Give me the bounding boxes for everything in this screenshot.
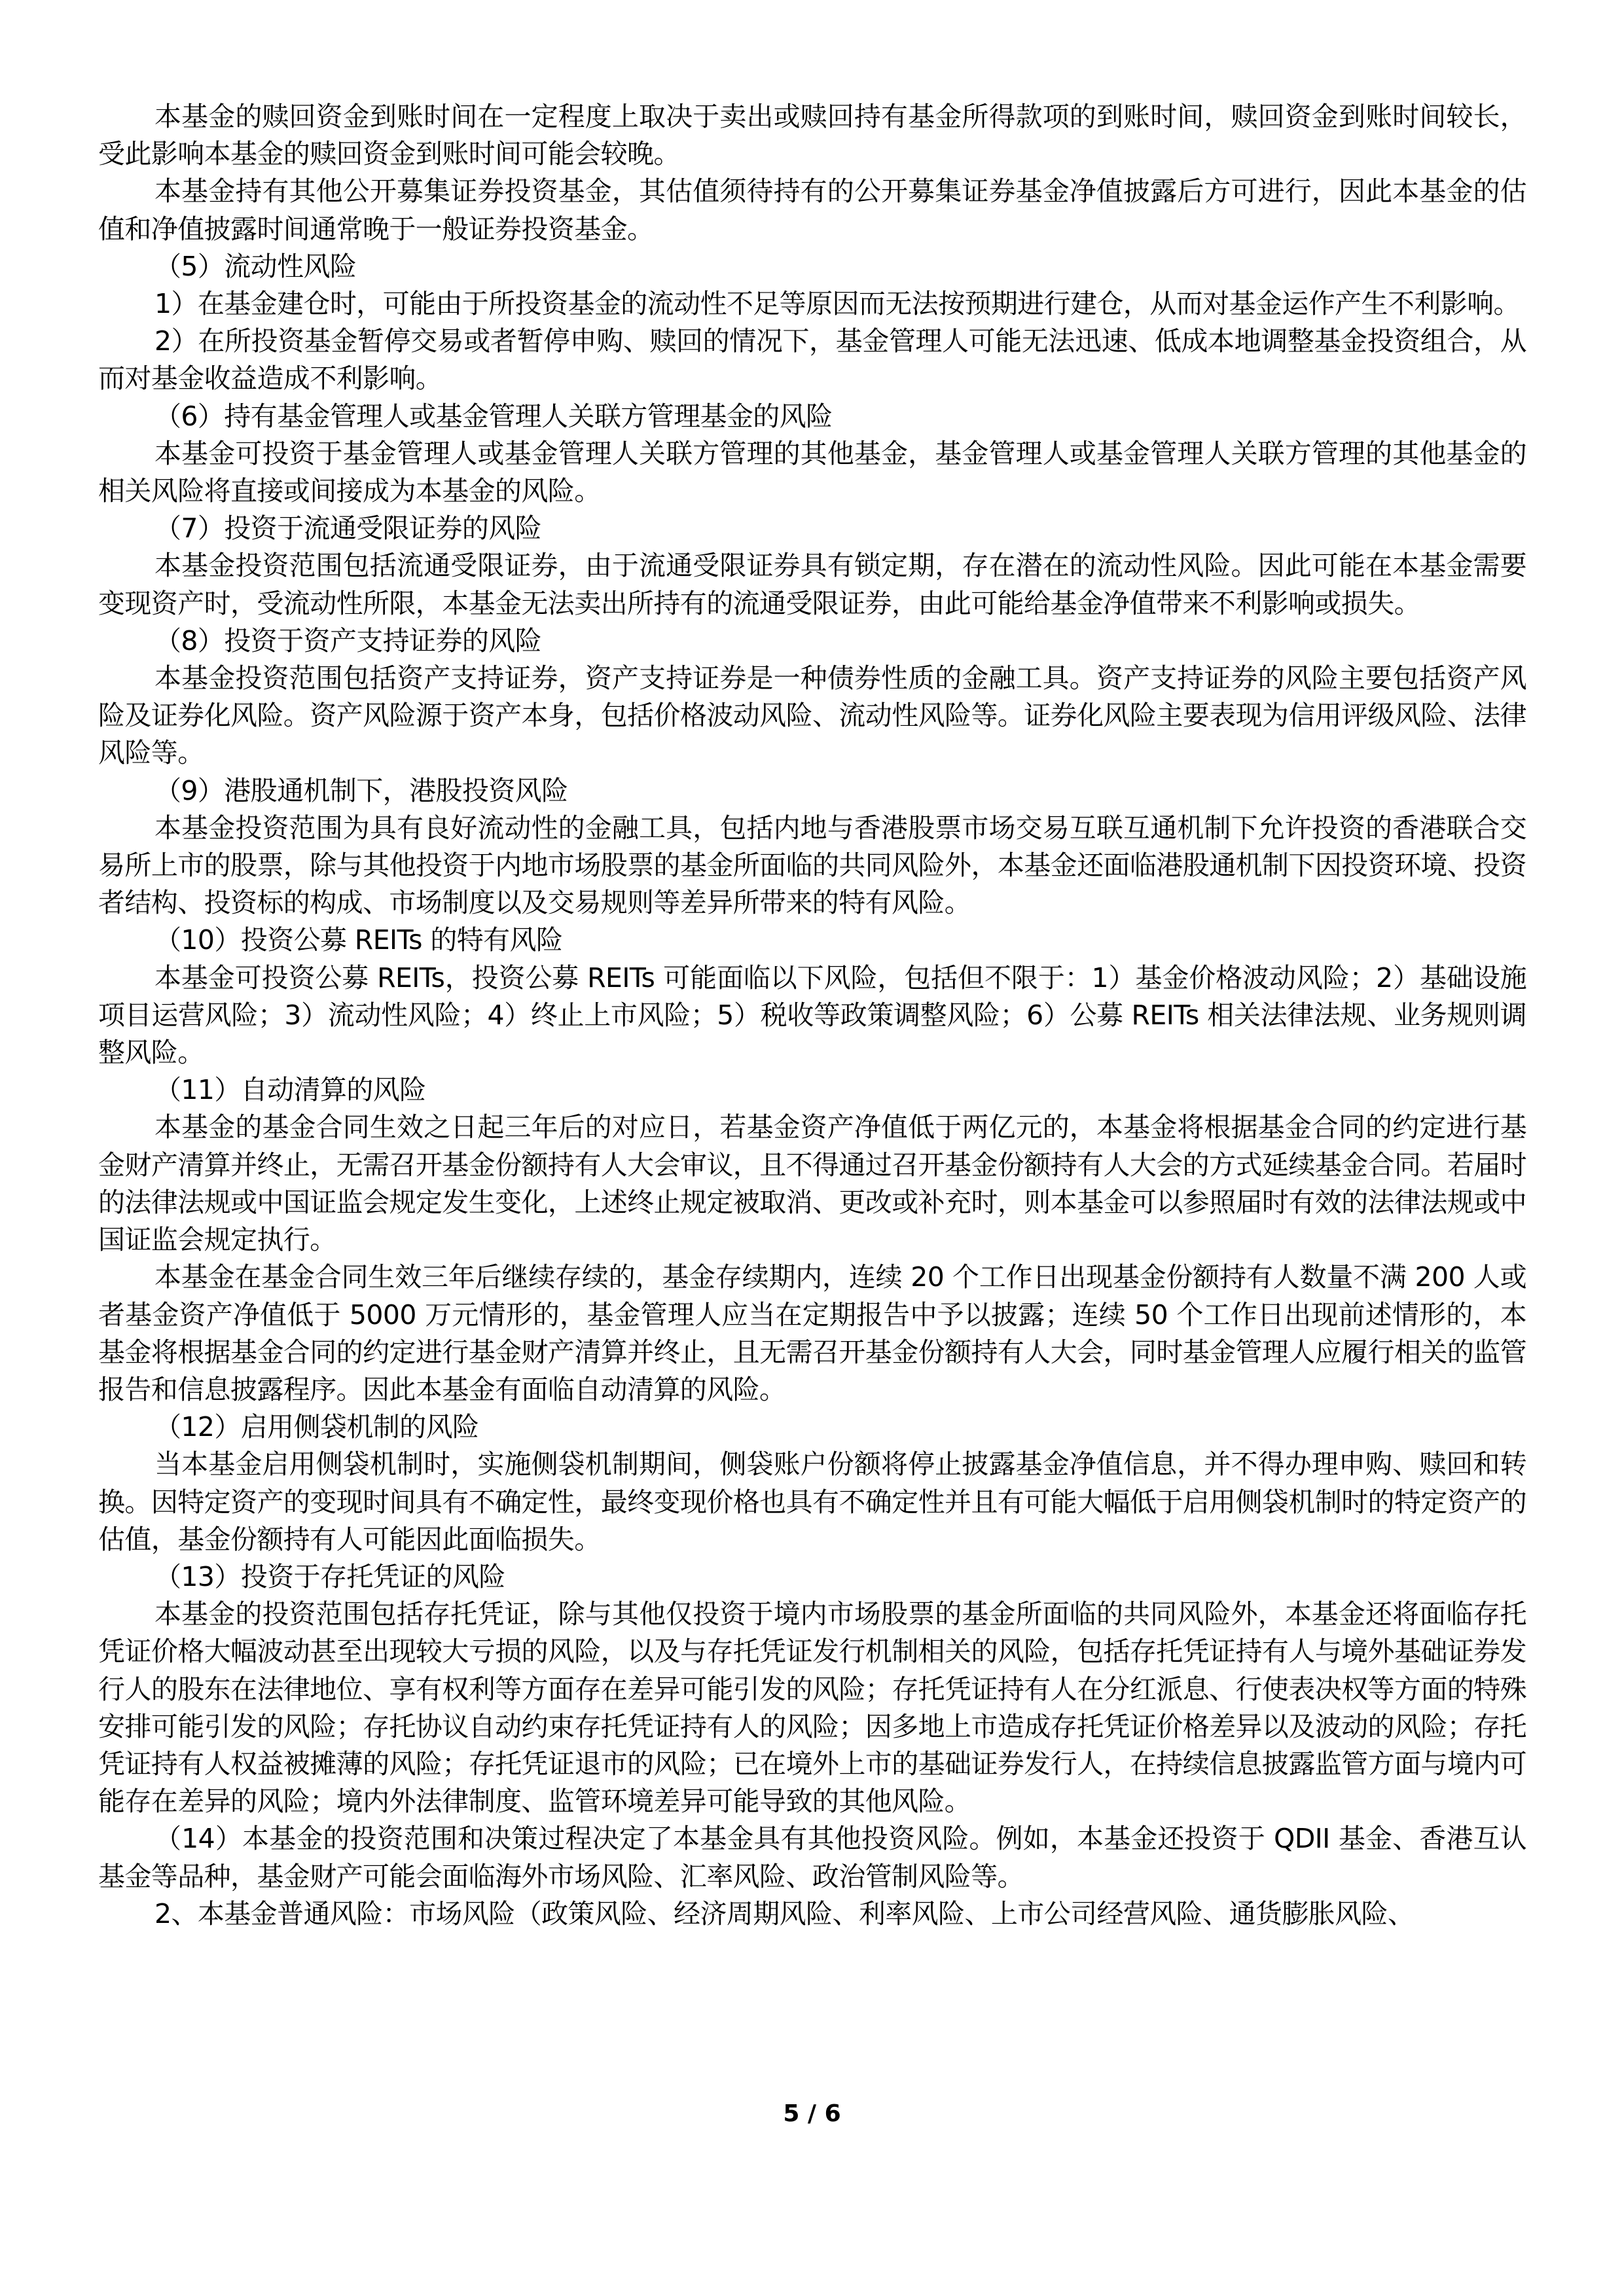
- paragraph-auto-liquidation-1: 本基金的基金合同生效之日起三年后的对应日，若基金资产净值低于两亿元的，本基金将根…: [98, 1109, 1526, 1259]
- heading-cdr-risk: （13）投资于存托凭证的风险: [98, 1558, 1526, 1596]
- paragraph-side-pocket-risk: 当本基金启用侧袋机制时，实施侧袋机制期间，侧袋账户份额将停止披露基金净值信息，并…: [98, 1446, 1526, 1558]
- paragraph-general-risk: 2、本基金普通风险：市场风险（政策风险、经济周期风险、利率风险、上市公司经营风险…: [98, 1895, 1526, 1933]
- heading-related-fund-risk: （6）持有基金管理人或基金管理人关联方管理基金的风险: [98, 398, 1526, 435]
- paragraph-liquidity-2: 2）在所投资基金暂停交易或者暂停申购、赎回的情况下，基金管理人可能无法迅速、低成…: [98, 323, 1526, 397]
- paragraph-valuation-timing: 本基金持有其他公开募集证券投资基金，其估值须待持有的公开募集证券基金净值披露后方…: [98, 173, 1526, 247]
- paragraph-restricted-securities-risk: 本基金投资范围包括流通受限证券，由于流通受限证券具有锁定期，存在潜在的流动性风险…: [98, 547, 1526, 622]
- heading-restricted-securities-risk: （7）投资于流通受限证券的风险: [98, 510, 1526, 547]
- paragraph-liquidity-1: 1）在基金建仓时，可能由于所投资基金的流动性不足等原因而无法按预期进行建仓，从而…: [98, 285, 1526, 323]
- heading-abs-risk: （8）投资于资产支持证券的风险: [98, 622, 1526, 660]
- document-page: 本基金的赎回资金到账时间在一定程度上取决于卖出或赎回持有基金所得款项的到账时间，…: [98, 98, 1526, 1933]
- heading-side-pocket-risk: （12）启用侧袋机制的风险: [98, 1408, 1526, 1446]
- paragraph-related-fund-risk: 本基金可投资于基金管理人或基金管理人关联方管理的其他基金，基金管理人或基金管理人…: [98, 435, 1526, 510]
- paragraph-reits-risk: 本基金可投资公募 REITs，投资公募 REITs 可能面临以下风险，包括但不限…: [98, 960, 1526, 1072]
- paragraph-other-investment-risk: （14）本基金的投资范围和决策过程决定了本基金具有其他投资风险。例如，本基金还投…: [98, 1820, 1526, 1895]
- page-number: 5 / 6: [0, 2098, 1624, 2130]
- heading-reits-risk: （10）投资公募 REITs 的特有风险: [98, 922, 1526, 959]
- heading-auto-liquidation-risk: （11）自动清算的风险: [98, 1071, 1526, 1109]
- paragraph-auto-liquidation-2: 本基金在基金合同生效三年后继续存续的，基金存续期内，连续 20 个工作日出现基金…: [98, 1259, 1526, 1408]
- heading-liquidity-risk: （5）流动性风险: [98, 248, 1526, 285]
- paragraph-cdr-risk: 本基金的投资范围包括存托凭证，除与其他仅投资于境内市场股票的基金所面临的共同风险…: [98, 1596, 1526, 1820]
- paragraph-abs-risk: 本基金投资范围包括资产支持证券，资产支持证券是一种债券性质的金融工具。资产支持证…: [98, 660, 1526, 772]
- paragraph-hk-connect-risk: 本基金投资范围为具有良好流动性的金融工具，包括内地与香港股票市场交易互联互通机制…: [98, 810, 1526, 922]
- paragraph-redemption-timing: 本基金的赎回资金到账时间在一定程度上取决于卖出或赎回持有基金所得款项的到账时间，…: [98, 98, 1526, 173]
- heading-hk-connect-risk: （9）港股通机制下，港股投资风险: [98, 772, 1526, 810]
